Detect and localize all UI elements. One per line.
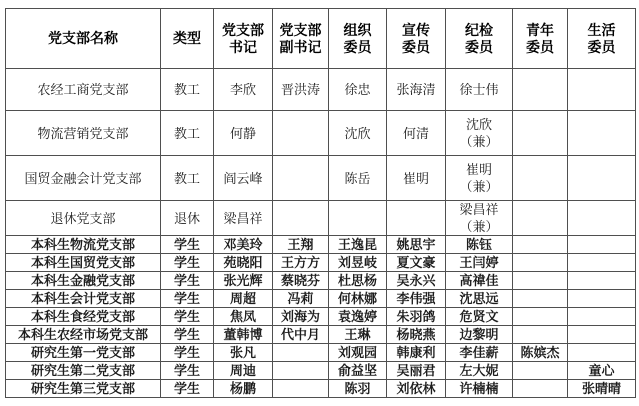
table-cell xyxy=(568,156,636,201)
table-cell: 学生 xyxy=(161,326,214,344)
table-cell: 学生 xyxy=(161,308,214,326)
table-cell xyxy=(513,156,568,201)
table-cell xyxy=(513,380,568,398)
table-cell: 张海清 xyxy=(387,69,446,111)
table-cell: 陈岳 xyxy=(329,156,387,201)
header-row: 党支部名称类型党支部 书记党支部 副书记组织 委员宣传 委员纪检 委员青年 委员… xyxy=(6,9,636,69)
table-cell xyxy=(273,362,329,380)
table-cell xyxy=(568,326,636,344)
page-background: 党支部名称类型党支部 书记党支部 副书记组织 委员宣传 委员纪检 委员青年 委员… xyxy=(0,0,639,406)
column-header: 宣传 委员 xyxy=(387,9,446,69)
table-cell xyxy=(273,156,329,201)
table-cell: 本科生食经党支部 xyxy=(6,308,161,326)
table-cell xyxy=(513,69,568,111)
table-cell xyxy=(513,290,568,308)
table-cell xyxy=(568,290,636,308)
table-cell xyxy=(513,362,568,380)
table-cell: 梁昌祥 xyxy=(214,201,273,236)
table-cell: 朱羽鸽 xyxy=(387,308,446,326)
column-header: 组织 委员 xyxy=(329,9,387,69)
table-cell: 物流营销党支部 xyxy=(6,111,161,156)
table-cell: 沈思远 xyxy=(446,290,513,308)
table-cell: 王方方 xyxy=(273,254,329,272)
table-row: 农经工商党支部教工李欣晋洪涛徐忠张海清徐士伟 xyxy=(6,69,636,111)
table-cell: 徐士伟 xyxy=(446,69,513,111)
table-cell: 本科生金融党支部 xyxy=(6,272,161,290)
table-row: 本科生会计党支部学生周超冯莉何林娜李伟强沈思远 xyxy=(6,290,636,308)
table-cell: 晋洪涛 xyxy=(273,69,329,111)
table-cell: 王闫婷 xyxy=(446,254,513,272)
table-cell: 刘观园 xyxy=(329,344,387,362)
table-cell: 冯莉 xyxy=(273,290,329,308)
table-cell: 陈嫔杰 xyxy=(513,344,568,362)
table-cell: 本科生农经市场党支部 xyxy=(6,326,161,344)
column-header: 纪检 委员 xyxy=(446,9,513,69)
table-cell: 焦凤 xyxy=(214,308,273,326)
table-cell: 农经工商党支部 xyxy=(6,69,161,111)
table-cell: 杨鹏 xyxy=(214,380,273,398)
table-cell: 董韩博 xyxy=(214,326,273,344)
column-header: 党支部名称 xyxy=(6,9,161,69)
table-row: 本科生农经市场党支部学生董韩博代中月王琳杨晓燕边黎明 xyxy=(6,326,636,344)
table-cell: 何静 xyxy=(214,111,273,156)
table-row: 本科生金融党支部学生张光辉蔡晓芬杜思杨吴永兴高禕佳 xyxy=(6,272,636,290)
table-cell: 学生 xyxy=(161,254,214,272)
table-cell xyxy=(568,236,636,254)
table-cell: 李佳薪 xyxy=(446,344,513,362)
table-cell xyxy=(387,201,446,236)
table-cell: 研究生第三党支部 xyxy=(6,380,161,398)
table-cell: 学生 xyxy=(161,290,214,308)
table-cell xyxy=(273,380,329,398)
table-row: 物流营销党支部教工何静沈欣何清沈欣 （兼） xyxy=(6,111,636,156)
table-cell: 沈欣 xyxy=(329,111,387,156)
table-cell: 教工 xyxy=(161,111,214,156)
table-cell: 研究生第一党支部 xyxy=(6,344,161,362)
table-cell: 何林娜 xyxy=(329,290,387,308)
table-cell: 陈钰 xyxy=(446,236,513,254)
table-cell: 袁逸婷 xyxy=(329,308,387,326)
table-cell: 王翔 xyxy=(273,236,329,254)
table-cell: 本科生国贸党支部 xyxy=(6,254,161,272)
table-cell: 张晴晴 xyxy=(568,380,636,398)
table-cell: 邓美玲 xyxy=(214,236,273,254)
table-cell: 何清 xyxy=(387,111,446,156)
table-cell: 吴永兴 xyxy=(387,272,446,290)
table-body: 农经工商党支部教工李欣晋洪涛徐忠张海清徐士伟物流营销党支部教工何静沈欣何清沈欣 … xyxy=(6,69,636,398)
table-cell: 教工 xyxy=(161,69,214,111)
table-row: 研究生第一党支部学生张凡刘观园韩康利李佳薪陈嫔杰 xyxy=(6,344,636,362)
table-cell: 刘依林 xyxy=(387,380,446,398)
table-cell: 退休党支部 xyxy=(6,201,161,236)
table-cell xyxy=(568,111,636,156)
table-cell: 阎云峰 xyxy=(214,156,273,201)
table-cell xyxy=(513,201,568,236)
table-cell: 教工 xyxy=(161,156,214,201)
table-cell xyxy=(568,272,636,290)
table-row: 本科生食经党支部学生焦凤刘海为袁逸婷朱羽鸽危贤文 xyxy=(6,308,636,326)
table-cell: 周迪 xyxy=(214,362,273,380)
table-cell: 本科生物流党支部 xyxy=(6,236,161,254)
table-cell xyxy=(513,308,568,326)
table-cell xyxy=(329,201,387,236)
table-cell: 代中月 xyxy=(273,326,329,344)
table-cell xyxy=(513,254,568,272)
table-cell: 学生 xyxy=(161,362,214,380)
table-cell: 李伟强 xyxy=(387,290,446,308)
table-cell xyxy=(568,344,636,362)
table-cell: 沈欣 （兼） xyxy=(446,111,513,156)
table-cell: 退休 xyxy=(161,201,214,236)
table-cell: 危贤文 xyxy=(446,308,513,326)
column-header: 类型 xyxy=(161,9,214,69)
table-cell: 徐忠 xyxy=(329,69,387,111)
table-cell: 崔明 xyxy=(387,156,446,201)
table-cell xyxy=(568,69,636,111)
table-row: 研究生第二党支部学生周迪俞益坚吴丽君左大妮童心 xyxy=(6,362,636,380)
column-header: 党支部 书记 xyxy=(214,9,273,69)
table-cell: 张光辉 xyxy=(214,272,273,290)
table-header: 党支部名称类型党支部 书记党支部 副书记组织 委员宣传 委员纪检 委员青年 委员… xyxy=(6,9,636,69)
table-cell: 张凡 xyxy=(214,344,273,362)
table-cell: 学生 xyxy=(161,272,214,290)
table-cell: 俞益坚 xyxy=(329,362,387,380)
table-cell: 吴丽君 xyxy=(387,362,446,380)
table-row: 本科生物流党支部学生邓美玲王翔王逸昆姚思宇陈钰 xyxy=(6,236,636,254)
party-branch-table: 党支部名称类型党支部 书记党支部 副书记组织 委员宣传 委员纪检 委员青年 委员… xyxy=(5,8,636,398)
table-row: 退休党支部退休梁昌祥梁昌祥 （兼） xyxy=(6,201,636,236)
table-cell: 周超 xyxy=(214,290,273,308)
column-header: 青年 委员 xyxy=(513,9,568,69)
table-cell: 苑晓阳 xyxy=(214,254,273,272)
table-cell: 刘海为 xyxy=(273,308,329,326)
table-cell: 王逸昆 xyxy=(329,236,387,254)
table-cell: 童心 xyxy=(568,362,636,380)
table-cell xyxy=(273,201,329,236)
table-cell: 杜思杨 xyxy=(329,272,387,290)
table-row: 研究生第三党支部学生杨鹏陈羽刘依林许楠楠张晴晴 xyxy=(6,380,636,398)
table-row: 国贸金融会计党支部教工阎云峰陈岳崔明崔明 （兼） xyxy=(6,156,636,201)
table-cell: 许楠楠 xyxy=(446,380,513,398)
table-cell: 蔡晓芬 xyxy=(273,272,329,290)
table-cell xyxy=(513,326,568,344)
table-cell: 韩康利 xyxy=(387,344,446,362)
table-cell: 夏文豪 xyxy=(387,254,446,272)
table-cell: 梁昌祥 （兼） xyxy=(446,201,513,236)
table-cell: 学生 xyxy=(161,344,214,362)
table-cell xyxy=(273,111,329,156)
table-cell xyxy=(273,344,329,362)
table-cell: 姚思宇 xyxy=(387,236,446,254)
table-cell: 左大妮 xyxy=(446,362,513,380)
table-cell xyxy=(513,111,568,156)
table-cell: 本科生会计党支部 xyxy=(6,290,161,308)
table-cell xyxy=(513,236,568,254)
table-cell: 学生 xyxy=(161,236,214,254)
table-cell: 杨晓燕 xyxy=(387,326,446,344)
table-cell: 国贸金融会计党支部 xyxy=(6,156,161,201)
column-header: 党支部 副书记 xyxy=(273,9,329,69)
table-cell: 陈羽 xyxy=(329,380,387,398)
table-cell: 李欣 xyxy=(214,69,273,111)
table-cell: 学生 xyxy=(161,380,214,398)
table-cell xyxy=(513,272,568,290)
table-cell xyxy=(568,308,636,326)
column-header: 生活 委员 xyxy=(568,9,636,69)
table-cell: 研究生第二党支部 xyxy=(6,362,161,380)
table-cell: 高禕佳 xyxy=(446,272,513,290)
table-cell: 崔明 （兼） xyxy=(446,156,513,201)
table-cell xyxy=(568,254,636,272)
table-cell: 边黎明 xyxy=(446,326,513,344)
table-row: 本科生国贸党支部学生苑晓阳王方方刘昱岐夏文豪王闫婷 xyxy=(6,254,636,272)
table-cell: 王琳 xyxy=(329,326,387,344)
table-cell xyxy=(568,201,636,236)
table-cell: 刘昱岐 xyxy=(329,254,387,272)
